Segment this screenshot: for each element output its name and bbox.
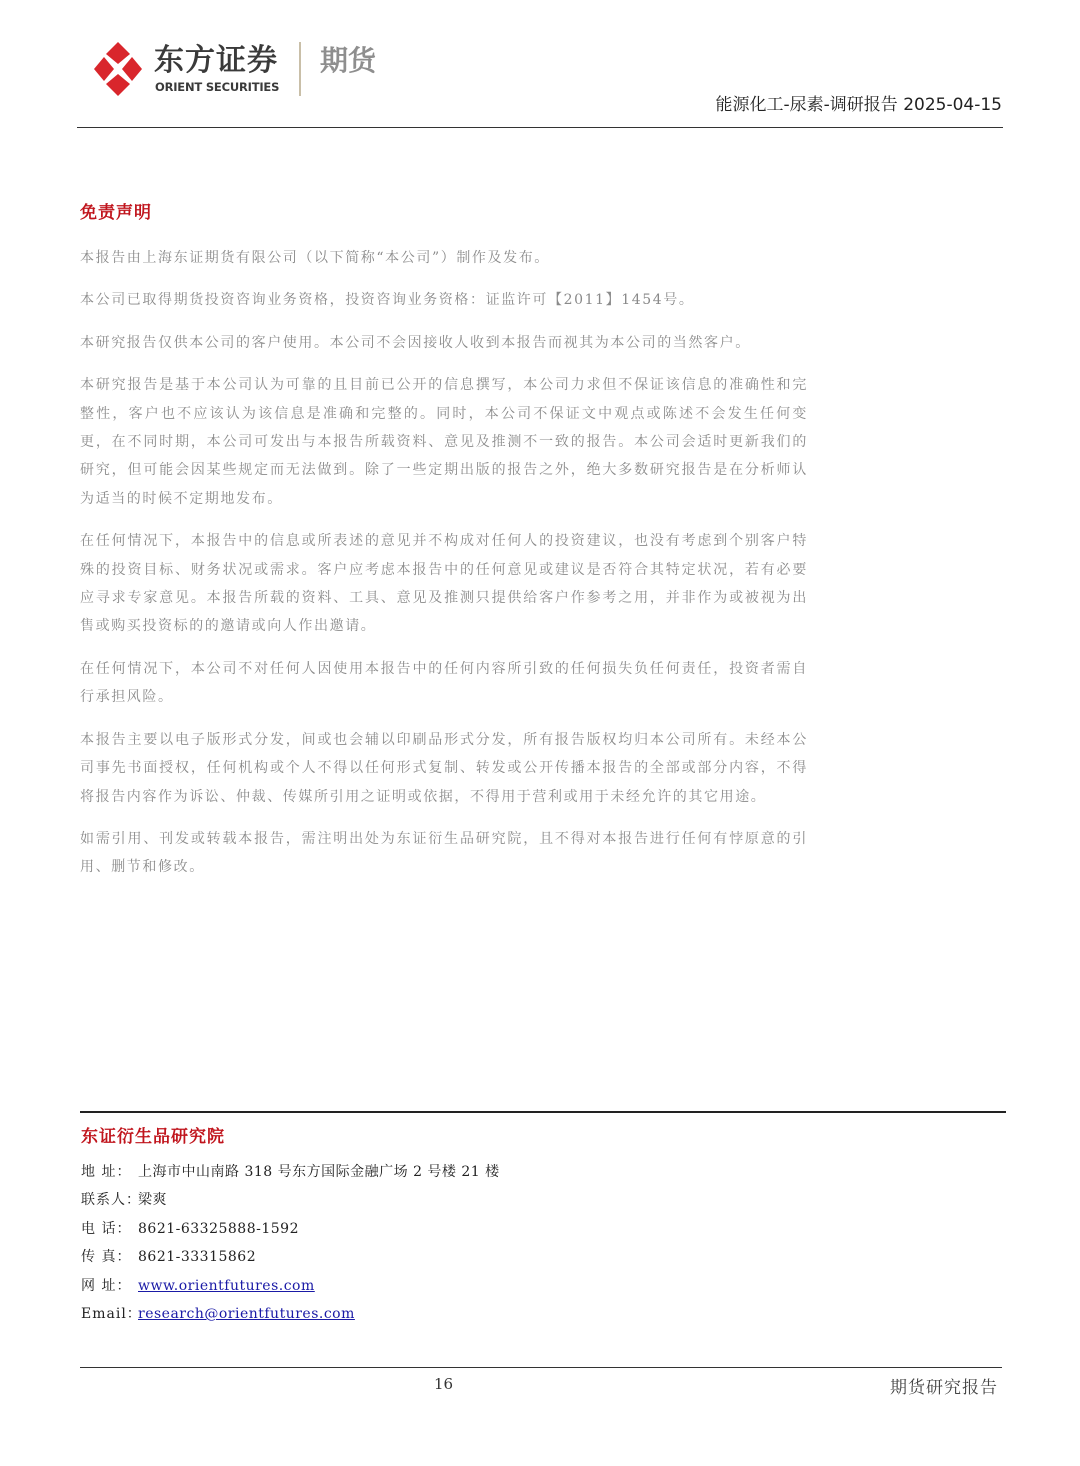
footer-divider-bottom: [80, 1367, 1002, 1368]
phone-value: 8621-63325888-1592: [138, 1221, 299, 1237]
brand-divider: [299, 42, 301, 96]
disclaimer-paragraph: 本研究报告仅供本公司的客户使用。本公司不会因接收人收到本报告而视其为本公司的当然…: [80, 329, 808, 357]
disclaimer-title: 免责声明: [80, 198, 152, 223]
report-title: 能源化工-尿素-调研报告 2025-04-15: [716, 90, 1002, 115]
disclaimer-body: 本报告由上海东证期货有限公司（以下简称“本公司”）制作及发布。 本公司已取得期货…: [80, 244, 808, 896]
email-link[interactable]: research@orientfutures.com: [138, 1306, 355, 1322]
email-label: Email：: [81, 1300, 138, 1328]
disclaimer-paragraph: 本公司已取得期货投资咨询业务资格，投资咨询业务资格：证监许可【2011】1454…: [80, 286, 808, 314]
disclaimer-paragraph: 本研究报告是基于本公司认为可靠的且目前已公开的信息撰写，本公司力求但不保证该信息…: [80, 371, 808, 513]
brand-subtitle: 期货: [320, 44, 376, 78]
orient-securities-logo-icon: [92, 40, 144, 98]
org-name: 东证衍生品研究院: [81, 1122, 225, 1147]
contact-phone: 电 话：8621-63325888-1592: [81, 1215, 681, 1243]
contact-fax: 传 真：8621-33315862: [81, 1243, 681, 1271]
contact-website: 网 址：www.orientfutures.com: [81, 1272, 681, 1300]
contact-person: 联系人：梁爽: [81, 1186, 681, 1214]
page-header: 东方证券 ORIENT SECURITIES 期货 能源化工-尿素-调研报告 2…: [0, 0, 1080, 130]
brand-name-cn: 东方证券: [154, 44, 278, 78]
fax-value: 8621-33315862: [138, 1249, 256, 1265]
disclaimer-paragraph: 在任何情况下，本公司不对任何人因使用本报告中的任何内容所引致的任何损失负任何责任…: [80, 655, 808, 712]
header-divider: [77, 127, 1003, 128]
disclaimer-paragraph: 本报告由上海东证期货有限公司（以下简称“本公司”）制作及发布。: [80, 244, 808, 272]
contact-person-value: 梁爽: [138, 1192, 167, 1208]
contact-email: Email：research@orientfutures.com: [81, 1300, 681, 1328]
fax-label: 传 真：: [81, 1243, 138, 1271]
page-number: 16: [434, 1375, 453, 1393]
footer-report-type: 期货研究报告: [890, 1373, 998, 1398]
website-label: 网 址：: [81, 1272, 138, 1300]
disclaimer-paragraph: 如需引用、刊发或转载本报告，需注明出处为东证衍生品研究院，且不得对本报告进行任何…: [80, 825, 808, 882]
contact-address: 地 址：上海市中山南路 318 号东方国际金融广场 2 号楼 21 楼: [81, 1158, 681, 1186]
contact-info: 地 址：上海市中山南路 318 号东方国际金融广场 2 号楼 21 楼 联系人：…: [81, 1158, 681, 1328]
phone-label: 电 话：: [81, 1215, 138, 1243]
website-link[interactable]: www.orientfutures.com: [138, 1278, 315, 1294]
address-label: 地 址：: [81, 1158, 138, 1186]
disclaimer-paragraph: 本报告主要以电子版形式分发，间或也会辅以印刷品形式分发，所有报告版权均归本公司所…: [80, 726, 808, 811]
brand-name-en: ORIENT SECURITIES: [155, 80, 279, 94]
contact-label: 联系人：: [81, 1186, 138, 1214]
disclaimer-paragraph: 在任何情况下，本报告中的信息或所表述的意见并不构成对任何人的投资建议，也没有考虑…: [80, 527, 808, 641]
footer-divider-top: [80, 1111, 1006, 1113]
address-value: 上海市中山南路 318 号东方国际金融广场 2 号楼 21 楼: [138, 1164, 500, 1180]
